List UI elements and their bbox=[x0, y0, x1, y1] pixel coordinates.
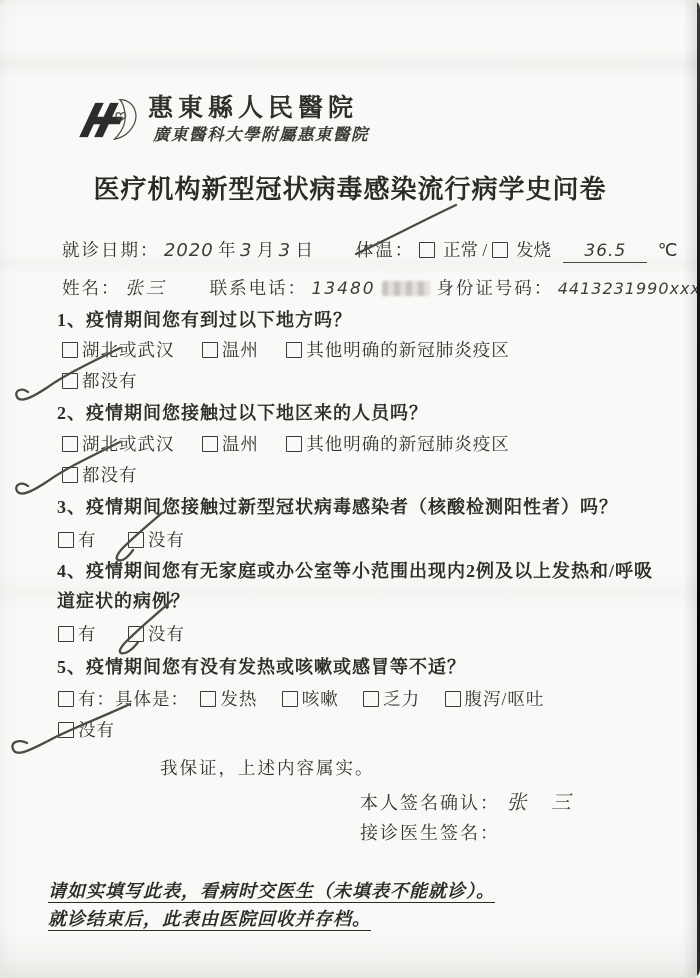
form-title: 医疗机构新型冠状病毒感染流行病学史问卷 bbox=[0, 169, 700, 206]
hospital-name: 惠東縣人民醫院 bbox=[148, 88, 358, 124]
patient-info-row: 姓名： 张三 联系电话： 13480 身份证号码： 4413231990xxxx… bbox=[62, 274, 700, 300]
question-1-number: 1、 bbox=[57, 310, 86, 330]
question-3-number: 3、 bbox=[57, 497, 86, 517]
name-label: 姓名： bbox=[62, 278, 121, 298]
temperature-value: 36.5 bbox=[584, 241, 626, 261]
checkbox-icon bbox=[202, 436, 218, 452]
question-1-options: 湖北或武汉 温州 其他明确的新冠肺炎疫区 bbox=[62, 337, 532, 362]
option-label: 咳嗽 bbox=[302, 689, 339, 709]
question-1: 1、疫情期间您有到过以下地方吗？ bbox=[57, 306, 352, 332]
question-4-number: 4、 bbox=[57, 561, 86, 581]
phone-value: 13480 bbox=[312, 279, 376, 299]
option-q5-fever[interactable]: 发热 bbox=[200, 686, 257, 711]
option-q2-wenzhou[interactable]: 温州 bbox=[202, 431, 259, 456]
visit-date-year: 2020 bbox=[164, 240, 214, 261]
doctor-signature-label: 接诊医生签名： bbox=[360, 823, 500, 843]
paper-sheet: 惠東縣人民醫院 廣東醫科大學附屬惠東醫院 医疗机构新型冠状病毒感染流行病学史问卷… bbox=[0, 0, 700, 978]
checkmark-q1-none-icon bbox=[12, 344, 124, 406]
temp-separator: / bbox=[482, 240, 487, 260]
checkbox-temp-fever[interactable] bbox=[492, 242, 508, 258]
paper-crease bbox=[0, 930, 700, 978]
scanned-questionnaire-page: { "header": { "logo": "hospital-logo", "… bbox=[0, 0, 700, 978]
option-label: 温州 bbox=[222, 434, 259, 454]
option-q1-other-epidemic-area[interactable]: 其他明确的新冠肺炎疫区 bbox=[286, 337, 510, 362]
checkbox-icon bbox=[282, 691, 298, 707]
question-2-text: 疫情期间您接触过以下地区来的人员吗？ bbox=[86, 403, 428, 423]
day-unit: 日 bbox=[295, 240, 313, 260]
checkbox-icon bbox=[445, 691, 461, 707]
option-label: 有 bbox=[78, 530, 97, 550]
paper-crease bbox=[0, 48, 700, 78]
option-label: 腹泻/呕吐 bbox=[465, 689, 545, 709]
visit-date-label: 就诊日期： bbox=[62, 240, 160, 260]
option-label: 其他明确的新冠肺炎疫区 bbox=[306, 340, 510, 360]
checkmark-q4-no-icon bbox=[108, 596, 178, 656]
temp-option-fever-label: 发烧 bbox=[516, 240, 551, 260]
checkmark-temp-normal-icon bbox=[352, 202, 460, 258]
hospital-logo-icon bbox=[76, 92, 140, 148]
question-5: 5、疫情期间您有没有发热或咳嗽或感冒等不适？ bbox=[57, 653, 466, 679]
checkmark-q5-none-icon bbox=[6, 698, 136, 760]
option-q5-fatigue[interactable]: 乏力 bbox=[363, 686, 420, 711]
phone-label: 联系电话： bbox=[210, 278, 308, 298]
option-label: 其他明确的新冠肺炎疫区 bbox=[306, 434, 510, 454]
temperature-value-field[interactable]: 36.5 bbox=[563, 240, 647, 263]
pledge-text: 我保证，上述内容属实。 bbox=[160, 755, 375, 780]
self-signature-row: 本人签名确认： 张 三 bbox=[360, 786, 580, 815]
question-5-number: 5、 bbox=[57, 657, 86, 677]
question-1-text: 疫情期间您有到过以下地方吗？ bbox=[86, 310, 352, 330]
year-unit: 年 bbox=[218, 240, 236, 260]
checkbox-icon bbox=[363, 691, 379, 707]
scan-edge-shadow bbox=[683, 0, 697, 978]
checkbox-icon bbox=[58, 532, 74, 548]
option-q3-yes[interactable]: 有 bbox=[58, 527, 97, 552]
option-label: 温州 bbox=[222, 340, 259, 360]
id-label: 身份证号码： bbox=[436, 278, 553, 298]
footer-note-line1: 请如实填写此表，看病时交医生（未填表不能就诊）。 bbox=[48, 877, 495, 903]
question-2-options: 湖北或武汉 温州 其他明确的新冠肺炎疫区 bbox=[62, 431, 532, 456]
option-label: 发热 bbox=[220, 689, 257, 709]
month-unit: 月 bbox=[257, 240, 275, 260]
temperature-unit: ℃ bbox=[658, 240, 678, 260]
checkbox-icon bbox=[200, 691, 216, 707]
question-5-text: 疫情期间您有没有发热或咳嗽或感冒等不适？ bbox=[86, 657, 466, 677]
option-q5-cough[interactable]: 咳嗽 bbox=[282, 686, 339, 711]
checkbox-icon bbox=[202, 342, 218, 358]
question-2: 2、疫情期间您接触过以下地区来的人员吗？ bbox=[57, 399, 428, 425]
hospital-subtitle: 廣東醫科大學附屬惠東醫院 bbox=[153, 121, 369, 145]
footer-note-line2: 就诊结束后，此表由医院回收并存档。 bbox=[48, 905, 371, 931]
self-signature-value: 张 三 bbox=[507, 790, 580, 814]
visit-date-month: 3 bbox=[240, 240, 252, 261]
checkbox-icon bbox=[286, 436, 302, 452]
visit-date-day: 3 bbox=[279, 240, 291, 261]
doctor-signature-row: 接诊医生签名： bbox=[360, 819, 500, 845]
question-2-number: 2、 bbox=[57, 403, 86, 423]
self-signature-label: 本人签名确认： bbox=[360, 793, 500, 813]
option-q5-diarrhea-vomit[interactable]: 腹泻/呕吐 bbox=[445, 686, 545, 711]
checkbox-icon bbox=[58, 626, 74, 642]
checkbox-icon bbox=[286, 342, 302, 358]
option-q2-other-epidemic-area[interactable]: 其他明确的新冠肺炎疫区 bbox=[286, 431, 510, 456]
id-value: 4413231990xxxxx bbox=[558, 279, 700, 298]
option-q1-wenzhou[interactable]: 温州 bbox=[202, 337, 259, 362]
checkmark-q3-no-icon bbox=[106, 509, 168, 563]
option-q4-yes[interactable]: 有 bbox=[58, 621, 97, 646]
checkmark-q2-none-icon bbox=[12, 438, 124, 500]
option-label: 有 bbox=[78, 624, 97, 644]
name-value: 张三 bbox=[125, 278, 167, 299]
option-label: 乏力 bbox=[383, 689, 420, 709]
redacted-phone-blur bbox=[382, 281, 430, 296]
